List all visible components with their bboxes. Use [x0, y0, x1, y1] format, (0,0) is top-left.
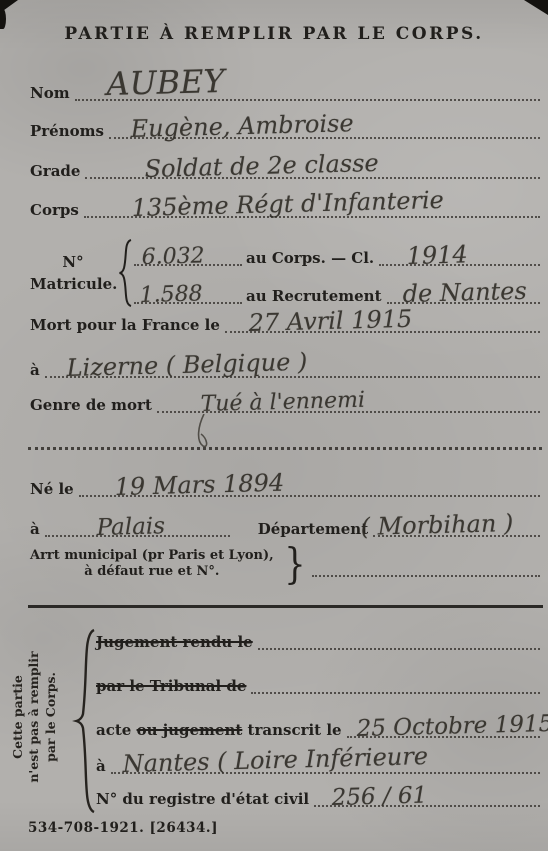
- recrutement-lieu-line: de Nantes: [387, 278, 540, 304]
- field-lieu-transcription: à Nantes ( Loire Inférieure: [96, 750, 540, 774]
- form-title: PARTIE À REMPLIR PAR LE CORPS.: [0, 24, 548, 44]
- ne-le-label: Né le: [30, 481, 79, 498]
- corps-line: 135ème Régt d'Infanterie: [84, 192, 540, 218]
- registre-handwritten: 256 / 61: [331, 783, 427, 811]
- transcription-handwritten: 25 Octobre 1915: [356, 711, 548, 742]
- nom-line: AUBEY: [75, 75, 540, 101]
- ne-le-handwritten: 19 Mars 1894: [114, 469, 284, 501]
- field-mort: Mort pour la France le 27 Avril 1915: [30, 309, 540, 333]
- field-tribunal: par le Tribunal de: [96, 670, 540, 694]
- grade-line: Soldat de 2e classe: [85, 153, 540, 179]
- lieu-mort-handwritten: Lizerne ( Belgique ): [66, 348, 307, 382]
- transcription-label-part2: transcrit le: [248, 721, 342, 739]
- genre-mort-handwritten: Tué à l'ennemi: [200, 388, 365, 417]
- matricule-recrutement-handwritten: 1.588: [139, 281, 203, 308]
- field-prenoms: Prénoms Eugène, Ambroise: [30, 115, 540, 139]
- ne-le-line: 19 Mars 1894: [79, 471, 540, 497]
- matricule-label: N° Matricule.: [30, 251, 116, 296]
- registre-label: N° du registre d'état civil: [96, 791, 314, 808]
- jugement-label: Jugement rendu le: [96, 634, 258, 651]
- prenoms-label: Prénoms: [30, 123, 109, 140]
- sidebar-note: Cette partie n'est pas à remplir par le …: [10, 631, 68, 803]
- matricule-corps-handwritten: 6.032: [141, 243, 205, 270]
- field-matricule: N° Matricule. 6.032 au Corps. — Cl. 1914…: [30, 238, 540, 308]
- classe-line: 1914: [379, 240, 540, 266]
- arrondissement-brace-icon: }: [278, 545, 309, 583]
- tribunal-line: [251, 668, 540, 694]
- field-ne-le: Né le 19 Mars 1894: [30, 473, 540, 497]
- matricule-row-recrutement: 1.588 au Recrutement de Nantes: [134, 280, 540, 304]
- civil-section-brace-icon: [72, 628, 98, 814]
- section-separator: [28, 447, 542, 450]
- field-lieu-mort: à Lizerne ( Belgique ): [30, 354, 540, 378]
- lieu-naissance-label: à: [30, 521, 45, 538]
- matricule-corps-line: 6.032: [134, 240, 242, 266]
- matricule-label-line2: Matricule.: [30, 273, 116, 296]
- departement-label: Département: [230, 521, 373, 538]
- lieu-naissance-line: Palais: [45, 511, 230, 537]
- mort-handwritten: 27 Avril 1915: [248, 305, 412, 337]
- death-record-card: PARTIE À REMPLIR PAR LE CORPS. Nom AUBEY…: [0, 0, 548, 851]
- grade-label: Grade: [30, 163, 85, 180]
- matricule-label-line1: N°: [30, 251, 116, 274]
- au-recrutement-label: au Recrutement: [242, 288, 387, 305]
- jugement-line: [258, 624, 540, 650]
- field-jugement: Jugement rendu le: [96, 626, 540, 650]
- prenoms-handwritten: Eugène, Ambroise: [130, 109, 354, 143]
- grade-handwritten: Soldat de 2e classe: [145, 149, 380, 183]
- matricule-row-corps: 6.032 au Corps. — Cl. 1914: [134, 242, 540, 266]
- mort-label: Mort pour la France le: [30, 317, 225, 334]
- matricule-brace-icon: [116, 238, 134, 308]
- field-transcription: acte ou jugement transcrit le 25 Octobre…: [96, 714, 540, 738]
- field-arrondissement: Arrt municipal (pr Paris et Lyon), à déf…: [30, 545, 540, 583]
- mort-line: 27 Avril 1915: [225, 307, 540, 333]
- sidebar-note-line3: par le Corps.: [43, 631, 59, 803]
- lieu-mort-line: Lizerne ( Belgique ): [45, 352, 540, 378]
- departement-line: ( Morbihan ): [373, 511, 540, 537]
- tribunal-label: par le Tribunal de: [96, 678, 251, 695]
- arrondissement-label: Arrt municipal (pr Paris et Lyon), à déf…: [30, 548, 274, 579]
- arrondissement-label-line2: à défaut rue et N°.: [30, 564, 274, 580]
- prenoms-line: Eugène, Ambroise: [109, 113, 540, 139]
- field-grade: Grade Soldat de 2e classe: [30, 155, 540, 179]
- field-corps: Corps 135ème Régt d'Infanterie: [30, 194, 540, 218]
- nom-handwritten: AUBEY: [106, 62, 225, 103]
- genre-mort-label: Genre de mort: [30, 397, 157, 414]
- corps-label: Corps: [30, 202, 84, 219]
- transcription-label-part1: acte: [96, 721, 131, 739]
- recrutement-lieu-handwritten: de Nantes: [402, 277, 527, 308]
- field-nom: Nom AUBEY: [30, 77, 540, 101]
- section-rule: [28, 605, 543, 608]
- arrondissement-line: [312, 575, 540, 577]
- nom-label: Nom: [30, 85, 75, 102]
- corps-handwritten: 135ème Régt d'Infanterie: [131, 186, 444, 222]
- classe-handwritten: 1914: [406, 240, 468, 270]
- printer-imprint: 534-708-1921. [26434.]: [28, 820, 218, 836]
- registre-line: 256 / 61: [314, 781, 540, 807]
- field-registre: N° du registre d'état civil 256 / 61: [96, 783, 540, 807]
- sidebar-note-line2: n'est pas à remplir: [26, 631, 42, 803]
- scan-artifact-top-right: [524, 0, 548, 15]
- lieu-naissance-handwritten: Palais: [96, 513, 165, 541]
- lieu-mort-label: à: [30, 362, 45, 379]
- sidebar-note-line1: Cette partie: [10, 631, 26, 803]
- arrondissement-label-line1: Arrt municipal (pr Paris et Lyon),: [30, 548, 274, 564]
- field-lieu-naissance: à Palais Département ( Morbihan ): [30, 513, 540, 537]
- genre-mort-line: Tué à l'ennemi: [157, 387, 540, 413]
- field-genre-mort: Genre de mort Tué à l'ennemi: [30, 389, 540, 413]
- matricule-recrutement-line: 1.588: [134, 278, 242, 304]
- lieu-transcription-handwritten: Nantes ( Loire Inférieure: [122, 742, 428, 778]
- lieu-transcription-label: à: [96, 758, 111, 775]
- lieu-transcription-line: Nantes ( Loire Inférieure: [111, 748, 540, 774]
- departement-handwritten: ( Morbihan ): [360, 509, 513, 541]
- transcription-line: 25 Octobre 1915: [347, 712, 540, 738]
- au-corps-label: au Corps. — Cl.: [242, 250, 379, 267]
- transcription-label: acte ou jugement transcrit le: [96, 722, 347, 739]
- transcription-label-struck: ou jugement: [137, 721, 243, 739]
- pen-flourish-icon: [194, 414, 214, 450]
